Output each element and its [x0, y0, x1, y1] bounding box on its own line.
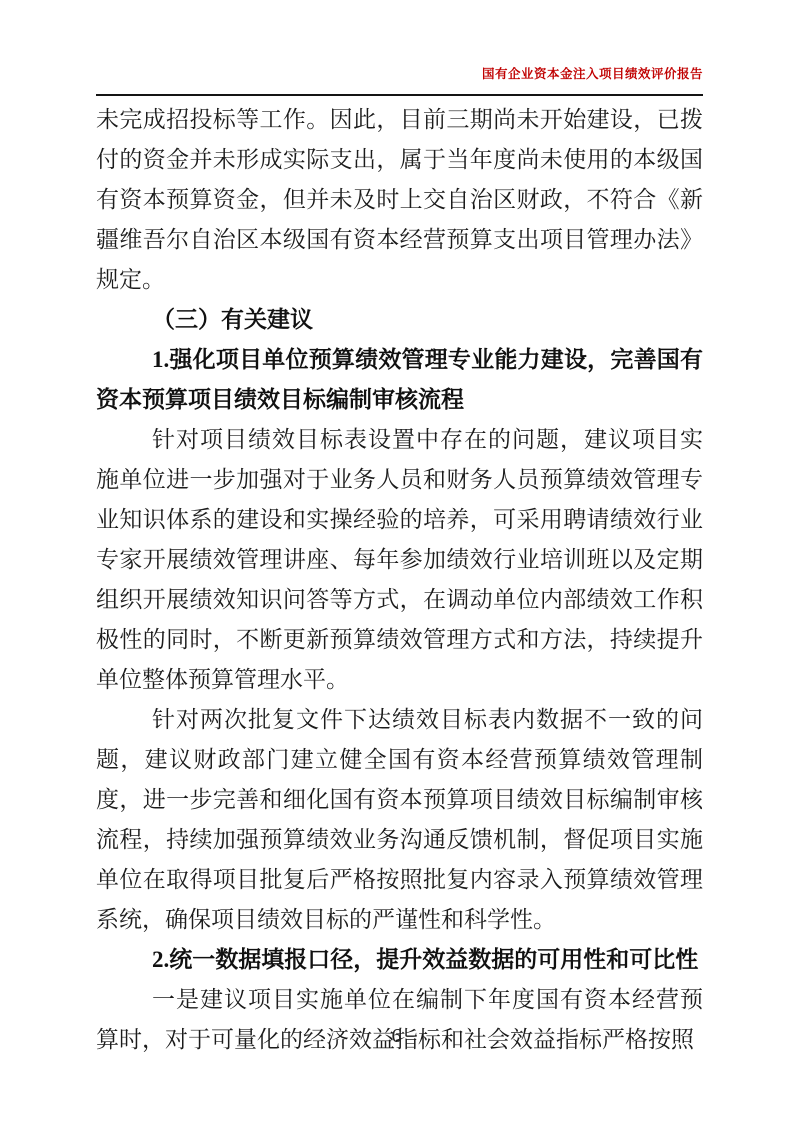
document-body: 未完成招投标等工作。因此，目前三期尚未开始建设，已拨付的资金并未形成实际支出，属…	[96, 100, 703, 1060]
section-heading: （三）有关建议	[96, 300, 703, 340]
paragraph: 针对两次批复文件下达绩效目标表内数据不一致的问题，建议财政部门建立健全国有资本经…	[96, 700, 703, 940]
paragraph: 针对项目绩效目标表设置中存在的问题，建议项目实施单位进一步加强对于业务人员和财务…	[96, 420, 703, 700]
page-header: 国有企业资本金注入项目绩效评价报告	[96, 0, 703, 96]
page-number: 6	[392, 1025, 402, 1047]
header-title: 国有企业资本金注入项目绩效评价报告	[96, 66, 703, 82]
document-page: 国有企业资本金注入项目绩效评价报告 未完成招投标等工作。因此，目前三期尚未开始建…	[0, 0, 793, 1122]
page-footer: 6	[0, 1022, 793, 1050]
paragraph: 未完成招投标等工作。因此，目前三期尚未开始建设，已拨付的资金并未形成实际支出，属…	[96, 100, 703, 300]
header-rule	[96, 94, 703, 96]
section-heading: 1.强化项目单位预算绩效管理专业能力建设，完善国有资本预算项目绩效目标编制审核流…	[96, 340, 703, 420]
section-heading: 2.统一数据填报口径，提升效益数据的可用性和可比性	[96, 940, 703, 980]
